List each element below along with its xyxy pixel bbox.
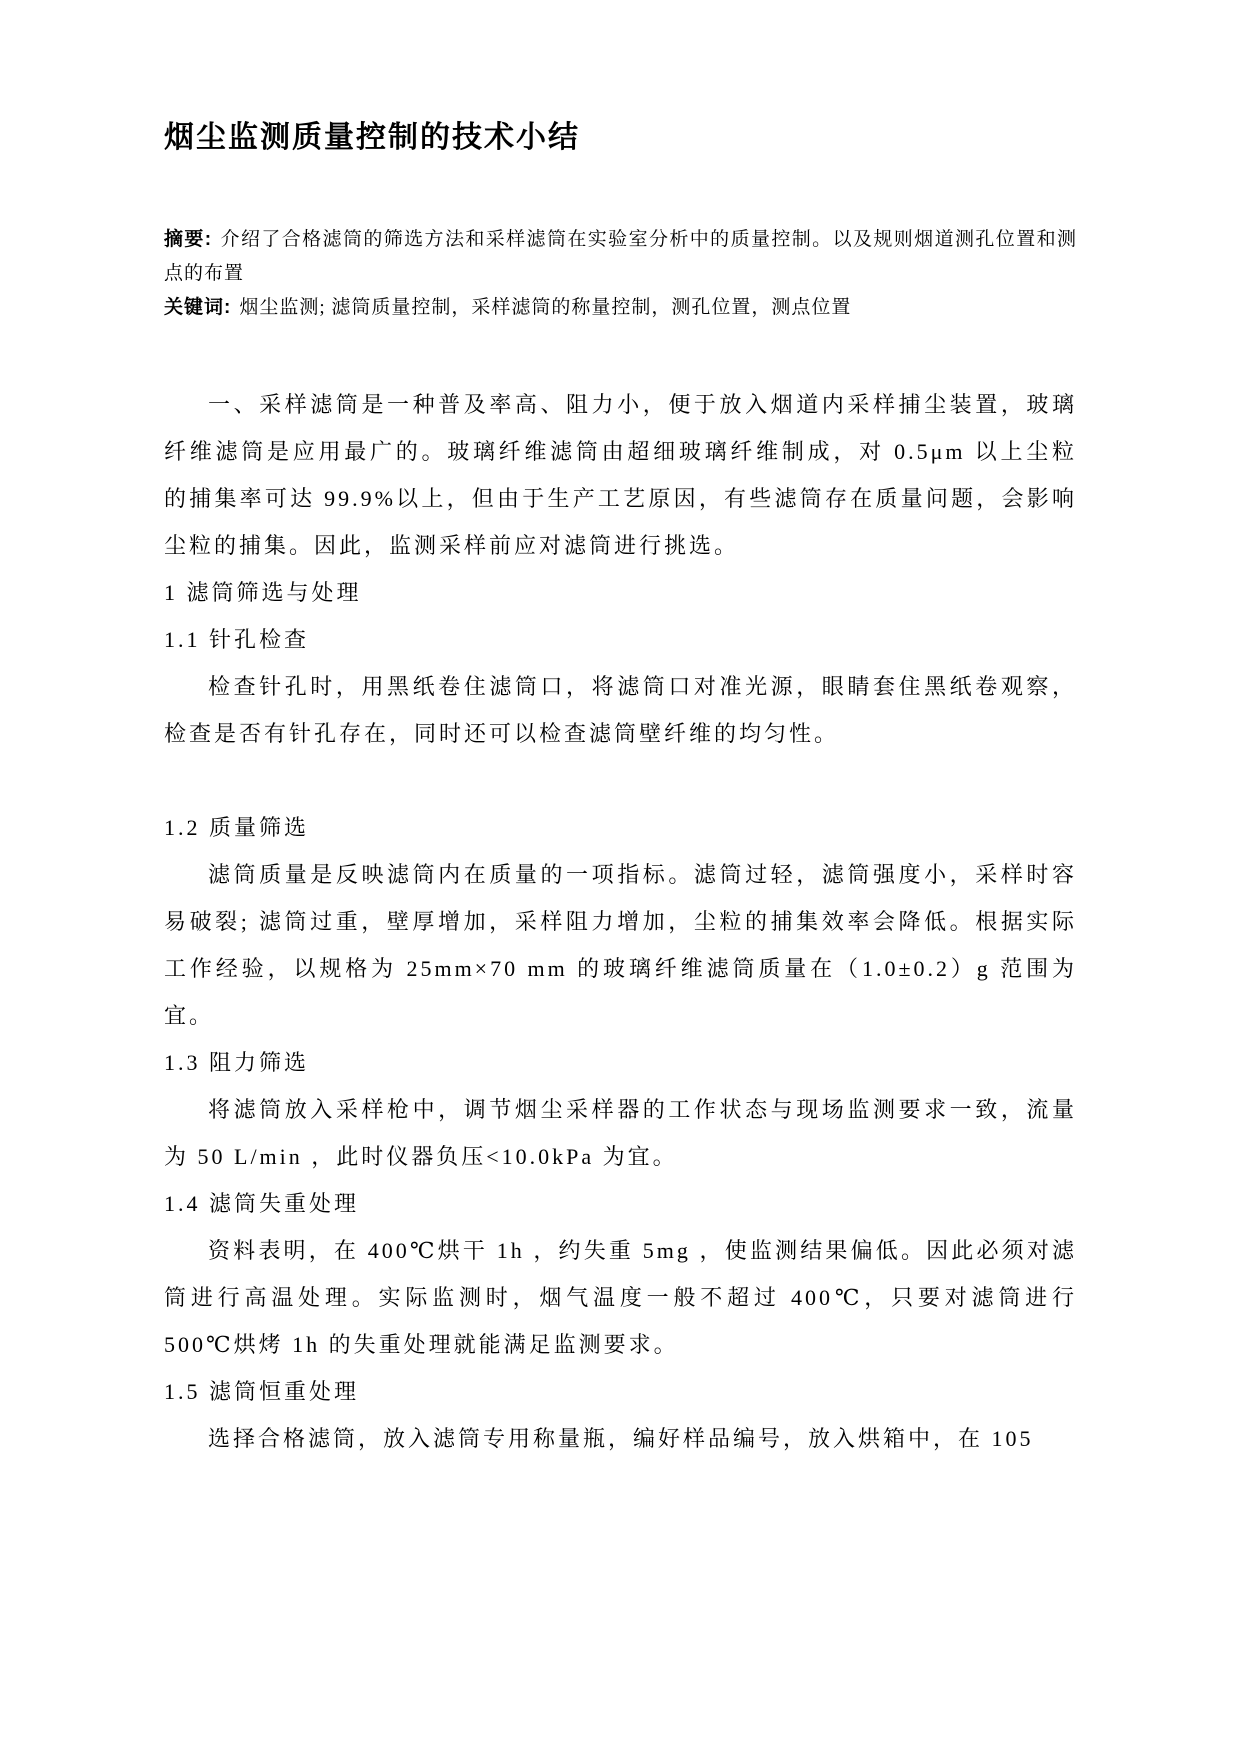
section-heading: 1 滤筒筛选与处理 bbox=[164, 569, 1077, 616]
paragraph: 检查针孔时，用黑纸卷住滤筒口，将滤筒口对准光源，眼睛套住黑纸卷观察，检查是否有针… bbox=[164, 663, 1077, 757]
abstract-keywords-block: 摘要:介绍了合格滤筒的筛选方法和采样滤筒在实验室分析中的质量控制。以及规则烟道测… bbox=[164, 223, 1077, 325]
abstract-line: 摘要:介绍了合格滤筒的筛选方法和采样滤筒在实验室分析中的质量控制。以及规则烟道测… bbox=[164, 223, 1077, 291]
section-heading: 1.3 阻力筛选 bbox=[164, 1039, 1077, 1086]
document-title: 烟尘监测质量控制的技术小结 bbox=[164, 118, 1077, 157]
paragraph: 资料表明，在 400℃烘干 1h ，约失重 5mg ，使监测结果偏低。因此必须对… bbox=[164, 1227, 1077, 1368]
keywords-line: 关键词:烟尘监测; 滤筒质量控制，采样滤筒的称量控制，测孔位置，测点位置 bbox=[164, 291, 1077, 325]
section-heading: 1.5 滤筒恒重处理 bbox=[164, 1368, 1077, 1415]
paragraph: 将滤筒放入采样枪中，调节烟尘采样器的工作状态与现场监测要求一致，流量为 50 L… bbox=[164, 1086, 1077, 1180]
section-heading: 1.1 针孔检查 bbox=[164, 616, 1077, 663]
section-heading: 1.2 质量筛选 bbox=[164, 804, 1077, 851]
section-heading: 1.4 滤筒失重处理 bbox=[164, 1180, 1077, 1227]
keywords-text: 烟尘监测; 滤筒质量控制，采样滤筒的称量控制，测孔位置，测点位置 bbox=[239, 297, 851, 318]
abstract-text: 介绍了合格滤筒的筛选方法和采样滤筒在实验室分析中的质量控制。以及规则烟道测孔位置… bbox=[164, 229, 1077, 284]
paragraph: 滤筒质量是反映滤筒内在质量的一项指标。滤筒过轻，滤筒强度小，采样时容易破裂; 滤… bbox=[164, 851, 1077, 1039]
blank-line bbox=[164, 757, 1077, 804]
document-body: 一、采样滤筒是一种普及率高、阻力小，便于放入烟道内采样捕尘装置，玻璃纤维滤筒是应… bbox=[164, 381, 1077, 1462]
document-page: 烟尘监测质量控制的技术小结 摘要:介绍了合格滤筒的筛选方法和采样滤筒在实验室分析… bbox=[0, 0, 1241, 1754]
paragraph: 选择合格滤筒，放入滤筒专用称量瓶，编好样品编号，放入烘箱中，在 105 bbox=[164, 1415, 1077, 1462]
abstract-label: 摘要: bbox=[164, 229, 212, 250]
keywords-label: 关键词: bbox=[164, 297, 231, 318]
paragraph: 一、采样滤筒是一种普及率高、阻力小，便于放入烟道内采样捕尘装置，玻璃纤维滤筒是应… bbox=[164, 381, 1077, 569]
